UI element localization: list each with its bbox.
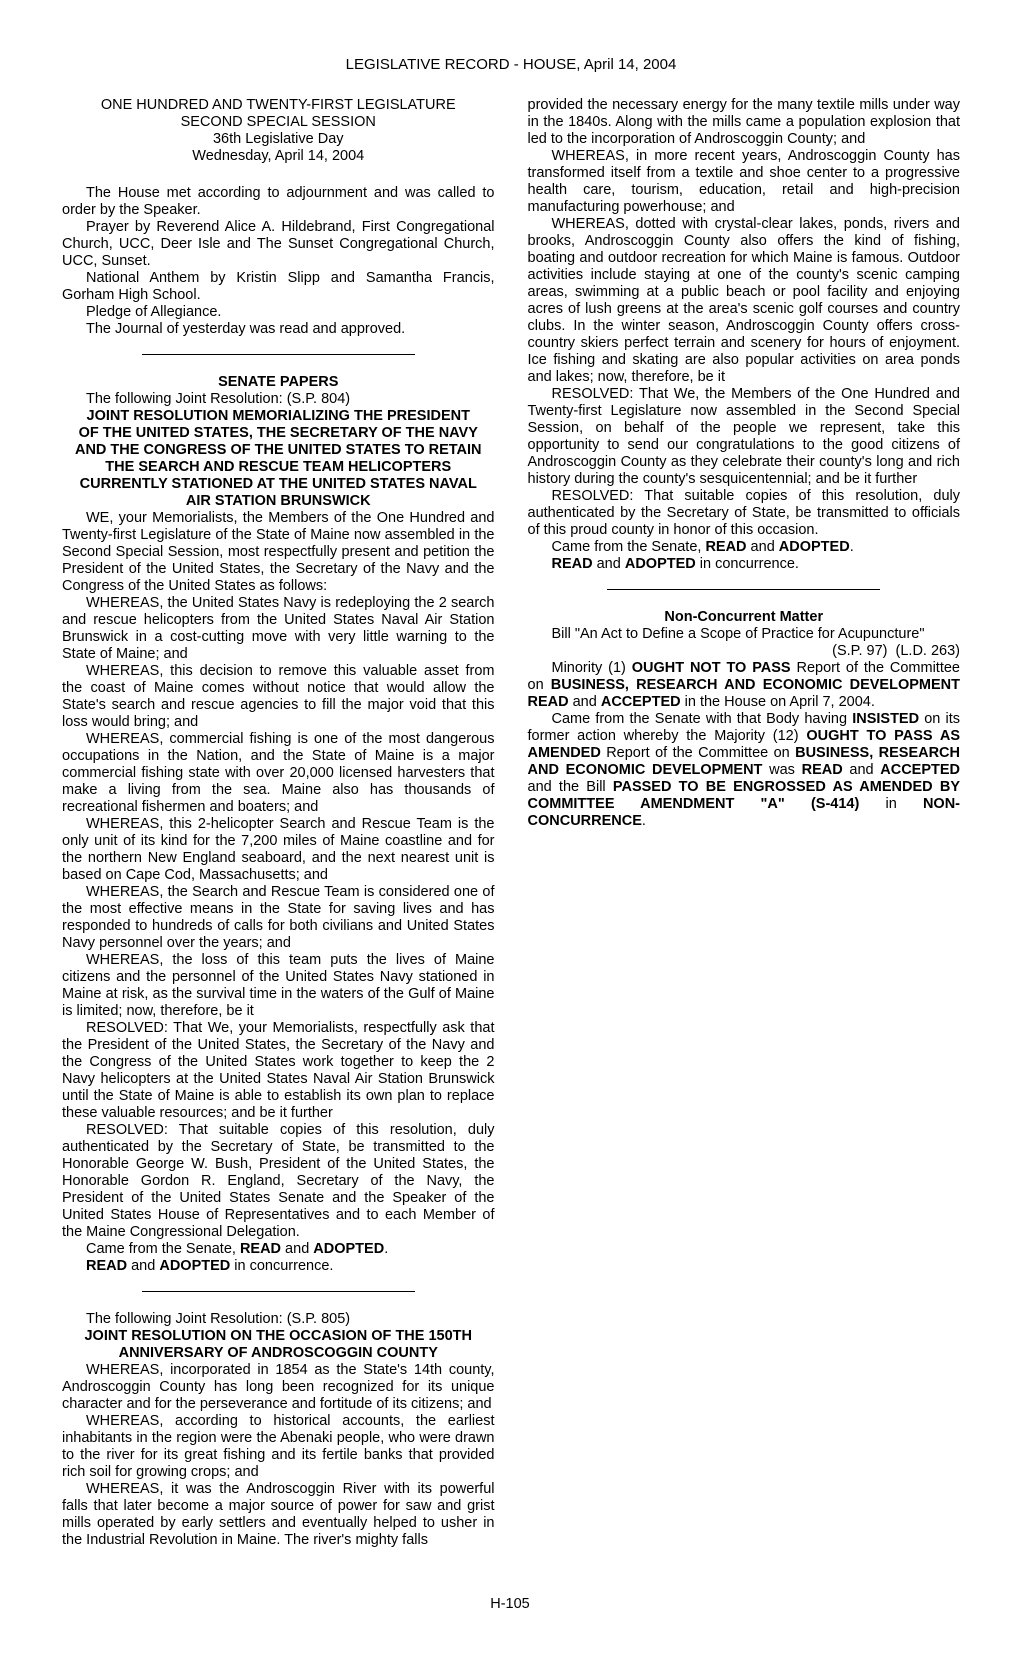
plain-text: and [127, 1258, 159, 1274]
plain-text: in [859, 796, 923, 812]
session-title: ONE HUNDRED AND TWENTY-FIRST LEGISLATURE… [62, 97, 495, 165]
plain-text: and [593, 556, 625, 572]
bold-text: ADOPTED [313, 1241, 384, 1257]
paragraph: READ and ADOPTED in concurrence. [62, 1258, 495, 1275]
bold-text: READ [240, 1241, 281, 1257]
plain-text: in the House on April 7, 2004. [681, 694, 875, 710]
paragraph: RESOLVED: That We, the Members of the On… [528, 386, 961, 488]
paragraph: RESOLVED: That suitable copies of this r… [528, 488, 961, 539]
page-footer: H-105 [0, 1596, 1020, 1613]
paragraph: WHEREAS, according to historical account… [62, 1413, 495, 1481]
page-header: LEGISLATIVE RECORD - HOUSE, April 14, 20… [62, 56, 960, 73]
paragraph: The House met according to adjournment a… [62, 185, 495, 219]
column-right: provided the necessary energy for the ma… [528, 97, 961, 1549]
plain-text: Minority (1) [552, 660, 632, 676]
paragraph: WE, your Memorialists, the Members of th… [62, 510, 495, 595]
plain-text: Came from the Senate with that Body havi… [552, 711, 853, 727]
document-page: LEGISLATIVE RECORD - HOUSE, April 14, 20… [0, 0, 1020, 1680]
plain-text: was [762, 762, 801, 778]
paragraph: WHEREAS, it was the Androscoggin River w… [62, 1481, 495, 1549]
plain-text: and the Bill [528, 779, 613, 795]
section-divider [142, 354, 415, 355]
bold-text: BUSINESS, RESEARCH AND ECONOMIC DEVELOPM… [551, 677, 960, 693]
paragraph: Minority (1) OUGHT NOT TO PASS Report of… [528, 660, 961, 711]
paragraph: Prayer by Reverend Alice A. Hildebrand, … [62, 219, 495, 270]
plain-text: Came from the Senate, [552, 539, 706, 555]
paragraph: WHEREAS, this 2-helicopter Search and Re… [62, 816, 495, 884]
paragraph: RESOLVED: That suitable copies of this r… [62, 1122, 495, 1241]
plain-text: . [850, 539, 854, 555]
bold-text: READ [528, 694, 569, 710]
paragraph: WHEREAS, the loss of this team puts the … [62, 952, 495, 1020]
paragraph: National Anthem by Kristin Slipp and Sam… [62, 270, 495, 304]
resolution-heading-sp804: JOINT RESOLUTION MEMORIALIZING THE PRESI… [62, 408, 495, 510]
section-divider [607, 589, 880, 590]
plain-text: and [569, 694, 601, 710]
bold-text: ACCEPTED [880, 762, 960, 778]
bold-text: READ [86, 1258, 127, 1274]
bold-text: INSISTED [852, 711, 919, 727]
paragraph: Pledge of Allegiance. [62, 304, 495, 321]
bill-reference: (S.P. 97) (L.D. 263) [528, 643, 961, 660]
bold-text: READ [802, 762, 843, 778]
paragraph: WHEREAS, this decision to remove this va… [62, 663, 495, 731]
paragraph: Came from the Senate, READ and ADOPTED. [62, 1241, 495, 1258]
plain-text: Report of the Committee on [601, 745, 795, 761]
paragraph: provided the necessary energy for the ma… [528, 97, 961, 148]
bold-text: OUGHT NOT TO PASS [632, 660, 791, 676]
paragraph: Bill "An Act to Define a Scope of Practi… [528, 626, 961, 643]
paragraph: WHEREAS, commercial fishing is one of th… [62, 731, 495, 816]
senate-papers-heading: SENATE PAPERS [62, 374, 495, 391]
plain-text: and [747, 539, 779, 555]
columns-container: ONE HUNDRED AND TWENTY-FIRST LEGISLATURE… [62, 97, 960, 1549]
paragraph: WHEREAS, in more recent years, Androscog… [528, 148, 961, 216]
plain-text: Came from the Senate, [86, 1241, 240, 1257]
plain-text: and [843, 762, 881, 778]
non-concurrent-matter-heading: Non-Concurrent Matter [528, 609, 961, 626]
section-divider [142, 1291, 415, 1292]
plain-text: . [642, 813, 646, 829]
paragraph: READ and ADOPTED in concurrence. [528, 556, 961, 573]
plain-text: in concurrence. [696, 556, 799, 572]
plain-text: . [384, 1241, 388, 1257]
paragraph: WHEREAS, the United States Navy is redep… [62, 595, 495, 663]
paragraph: WHEREAS, dotted with crystal-clear lakes… [528, 216, 961, 386]
paragraph: Came from the Senate, READ and ADOPTED. [528, 539, 961, 556]
paragraph: The following Joint Resolution: (S.P. 80… [62, 1311, 495, 1328]
bold-text: READ [705, 539, 746, 555]
resolution-heading-sp805: JOINT RESOLUTION ON THE OCCASION OF THE … [62, 1328, 495, 1362]
bold-text: READ [552, 556, 593, 572]
plain-text: in concurrence. [230, 1258, 333, 1274]
bold-text: ADOPTED [159, 1258, 230, 1274]
plain-text: and [281, 1241, 313, 1257]
paragraph: WHEREAS, incorporated in 1854 as the Sta… [62, 1362, 495, 1413]
bold-text: ADOPTED [779, 539, 850, 555]
column-left: ONE HUNDRED AND TWENTY-FIRST LEGISLATURE… [62, 97, 495, 1549]
paragraph: Came from the Senate with that Body havi… [528, 711, 961, 830]
paragraph: RESOLVED: That We, your Memorialists, re… [62, 1020, 495, 1122]
bold-text: ACCEPTED [601, 694, 681, 710]
paragraph: WHEREAS, the Search and Rescue Team is c… [62, 884, 495, 952]
paragraph: The following Joint Resolution: (S.P. 80… [62, 391, 495, 408]
paragraph: The Journal of yesterday was read and ap… [62, 321, 495, 338]
bold-text: ADOPTED [625, 556, 696, 572]
